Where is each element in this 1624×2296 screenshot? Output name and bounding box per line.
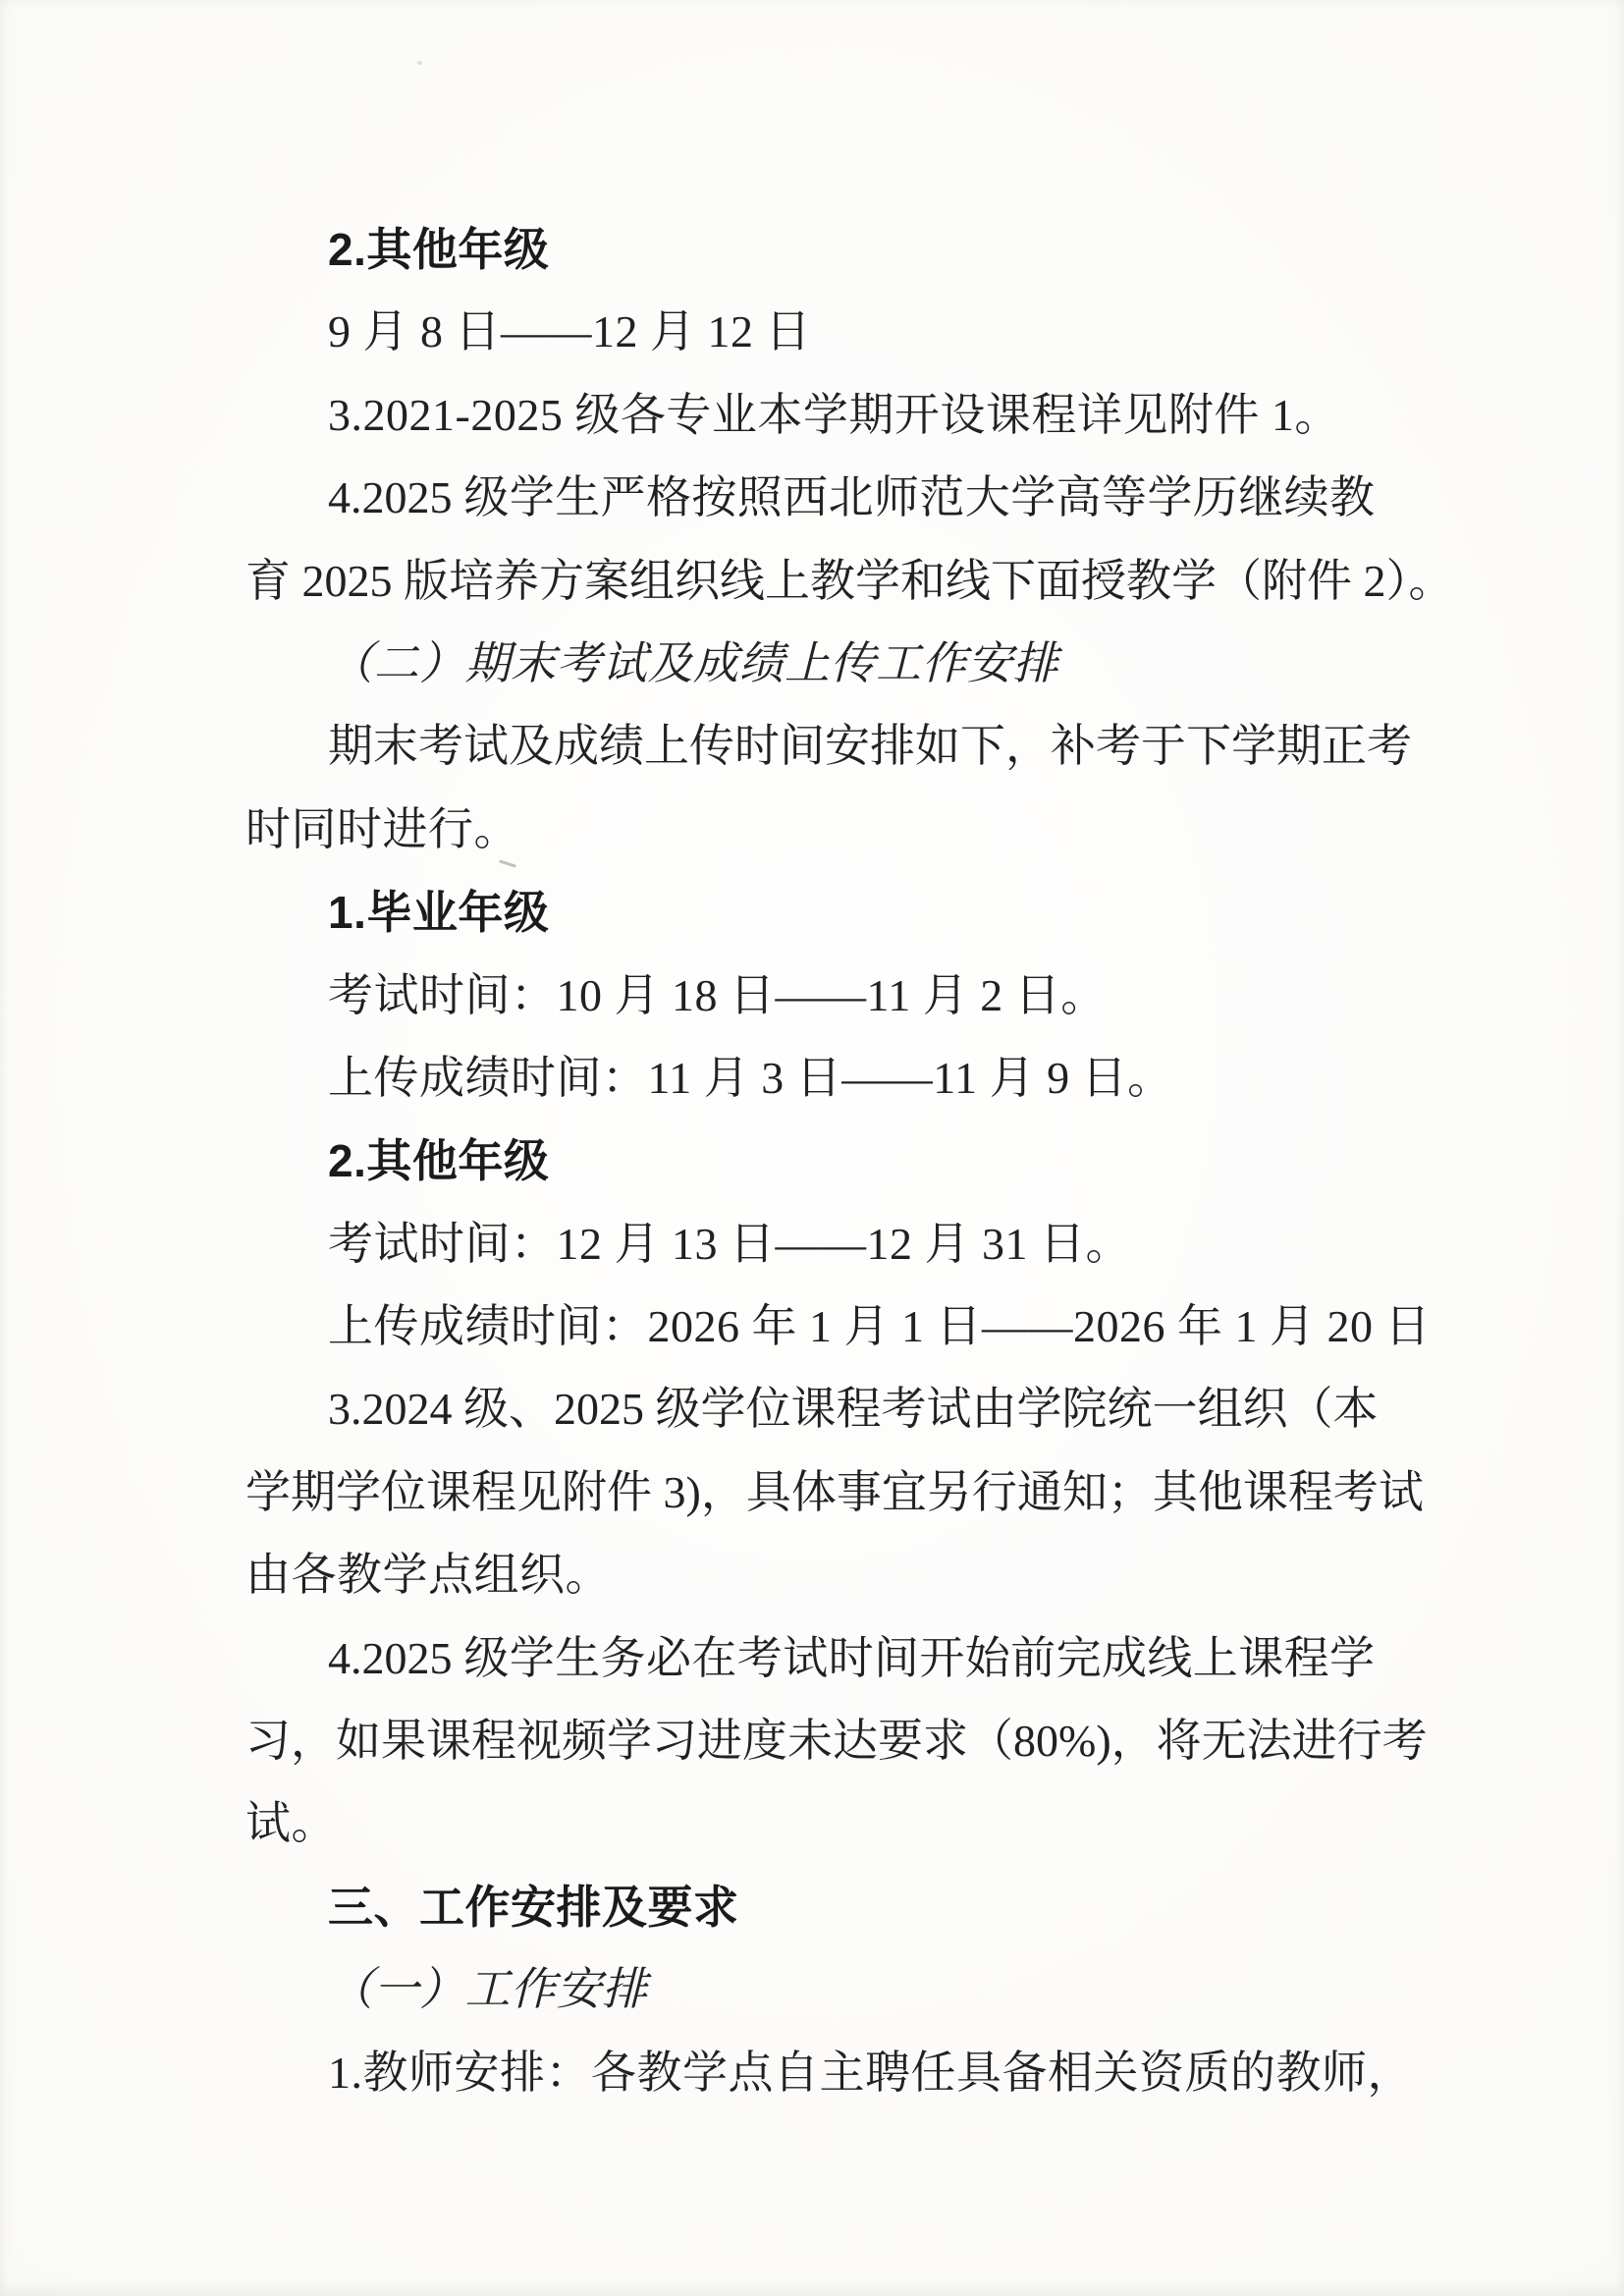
text-line: （二）期末考试及成绩上传工作安排 [245,623,1375,705]
text-line: 考试时间：12 月 13 日——12 月 31 日。 [245,1203,1375,1285]
text-line: 上传成绩时间：2026 年 1 月 1 日——2026 年 1 月 20 日 [245,1285,1375,1368]
text-line: 3.2021-2025 级各专业本学期开设课程详见附件 1。 [245,374,1375,457]
text-line: 由各教学点组织。 [245,1534,1375,1616]
text-line: 2.其他年级 [245,1120,1375,1202]
text-line: 3.2024 级、2025 级学位课程考试由学院统一组织（本 [245,1368,1375,1450]
text-line: 时同时进行。 [245,789,1375,871]
text-line: 学期学位课程见附件 3)，具体事宜另行通知；其他课程考试 [245,1451,1375,1534]
text-line: 期末考试及成绩上传时间安排如下，补考于下学期正考 [245,705,1375,788]
text-line: 习，如果课程视频学习进度未达要求（80%)，将无法进行考 [245,1700,1375,1782]
text-line: 1.教师安排：各教学点自主聘任具备相关资质的教师， [245,2032,1375,2114]
text-line: 上传成绩时间：11 月 3 日——11 月 9 日。 [245,1037,1375,1120]
scan-speck [417,61,422,65]
text-line: 1.毕业年级 [245,871,1375,954]
text-line: 9 月 8 日——12 月 12 日 [245,291,1375,373]
text-line: （一）工作安排 [245,1948,1375,2031]
document-body: 2.其他年级9 月 8 日——12 月 12 日3.2021-2025 级各专业… [245,208,1375,2114]
text-line: 考试时间：10 月 18 日——11 月 2 日。 [245,955,1375,1037]
text-line: 2.其他年级 [245,208,1375,291]
text-line: 4.2025 级学生严格按照西北师范大学高等学历继续教 [245,457,1375,539]
text-line: 4.2025 级学生务必在考试时间开始前完成线上课程学 [245,1617,1375,1700]
scanned-document-page: 2.其他年级9 月 8 日——12 月 12 日3.2021-2025 级各专业… [0,0,1624,2296]
text-line: 三、工作安排及要求 [245,1866,1375,1948]
text-line: 育 2025 版培养方案组织线上教学和线下面授教学（附件 2）。 [245,540,1375,623]
text-line: 试。 [245,1782,1375,1865]
